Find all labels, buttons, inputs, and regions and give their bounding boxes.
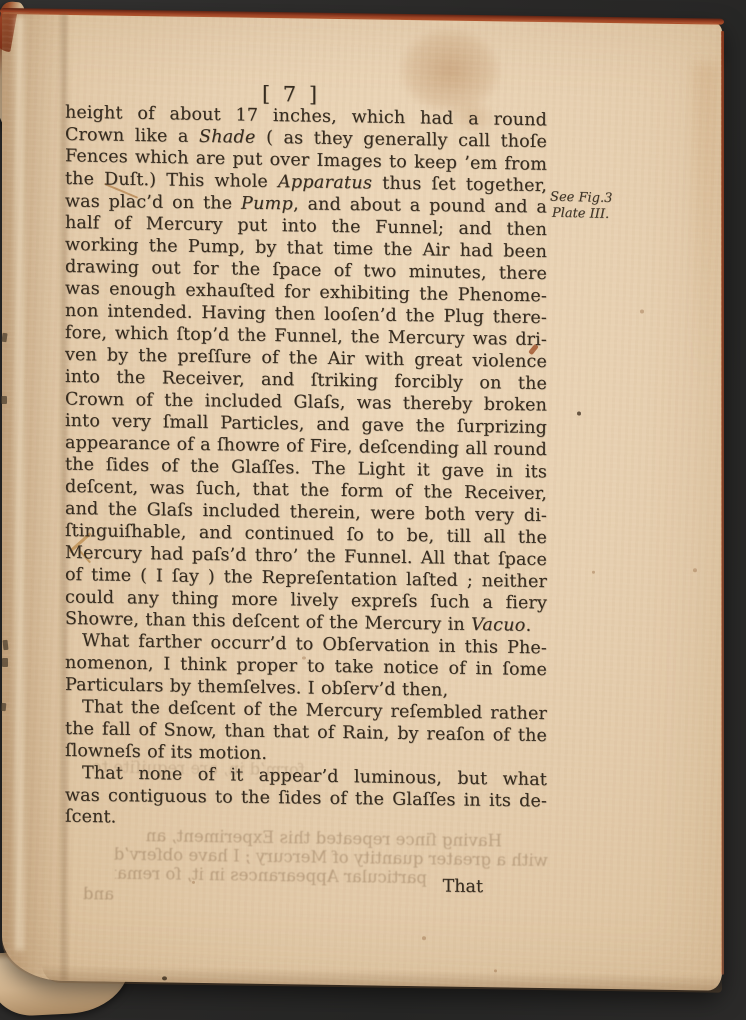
text-block: height of about 17 inches, which had a r…: [65, 102, 547, 835]
facing-page-text-fragment: [1, 703, 7, 711]
margin-note-line-2: Plate III.: [550, 206, 680, 225]
facing-page-text-fragment: [2, 640, 8, 650]
facing-page-text-fragment: [2, 658, 8, 667]
facing-page-text-fragment: [1, 396, 7, 404]
margin-note: See Fig.3 Plate III.: [550, 190, 680, 225]
book-page: form’d in, are requiſite to ſee theHavin…: [2, 12, 722, 991]
photo-background: form’d in, are requiſite to ſee theHavin…: [0, 0, 746, 1020]
printed-content: form’d in, are requiſite to ſee theHavin…: [2, 12, 722, 991]
